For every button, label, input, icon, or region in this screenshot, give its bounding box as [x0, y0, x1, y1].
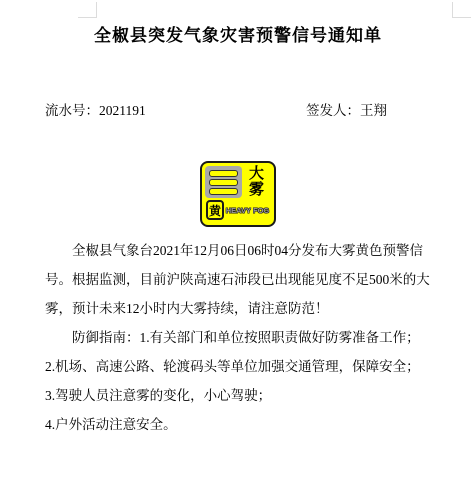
fog-bar-icon	[209, 170, 238, 177]
serial-number-value: 2021191	[99, 103, 146, 118]
heavy-fog-yellow-warning-icon: 大 雾 黄 HEAVY FOG	[200, 161, 276, 227]
fog-type-characters: 大 雾	[242, 166, 271, 198]
warning-level-badge: 黄	[206, 200, 224, 220]
fog-char-bottom: 雾	[249, 182, 264, 198]
warning-icon-container: 大 雾 黄 HEAVY FOG	[0, 161, 476, 227]
page-margin-mark-top-left	[78, 2, 97, 18]
warning-english-label: HEAVY FOG	[224, 206, 271, 215]
issuer-value: 王翔	[360, 103, 387, 118]
fog-bar-icon	[209, 188, 238, 195]
body-line: 4.户外活动注意安全。	[45, 410, 432, 439]
fog-bar-icon	[209, 179, 238, 186]
serial-number: 流水号：2021191	[45, 102, 146, 120]
body-line: 全椒县气象台2021年12月06日06时04分发布大雾黄色预警信	[45, 236, 432, 265]
issuer: 签发人：王翔	[306, 102, 387, 120]
fog-lines-symbol	[205, 166, 242, 198]
body-line: 2.机场、高速公路、轮渡码头等单位加强交通管理，保障安全；	[45, 352, 432, 381]
body-line: 防御指南：1.有关部门和单位按照职责做好防雾准备工作；	[45, 323, 432, 352]
page-margin-mark-top-right	[452, 2, 471, 18]
issuer-label: 签发人：	[306, 103, 360, 118]
notice-body: 全椒县气象台2021年12月06日06时04分发布大雾黄色预警信 号。根据监测，…	[45, 236, 432, 439]
body-line: 雾，预计未来12小时内大雾持续，请注意防范！	[45, 294, 432, 323]
serial-number-label: 流水号：	[45, 103, 99, 118]
document-page: 全椒县突发气象灾害预警信号通知单 流水号：2021191 签发人：王翔 大 雾 …	[0, 0, 476, 497]
body-line: 3.驾驶人员注意雾的变化，小心驾驶；	[45, 381, 432, 410]
body-line: 号。根据监测，目前沪陕高速石沛段已出现能见度不足500米的大	[45, 265, 432, 294]
meta-row: 流水号：2021191 签发人：王翔	[0, 102, 476, 120]
fog-icon-bottom-row: 黄 HEAVY FOG	[205, 198, 271, 222]
fog-icon-grid: 大 雾 黄 HEAVY FOG	[205, 166, 271, 222]
fog-char-top: 大	[249, 166, 264, 182]
document-title: 全椒县突发气象灾害预警信号通知单	[0, 0, 476, 46]
